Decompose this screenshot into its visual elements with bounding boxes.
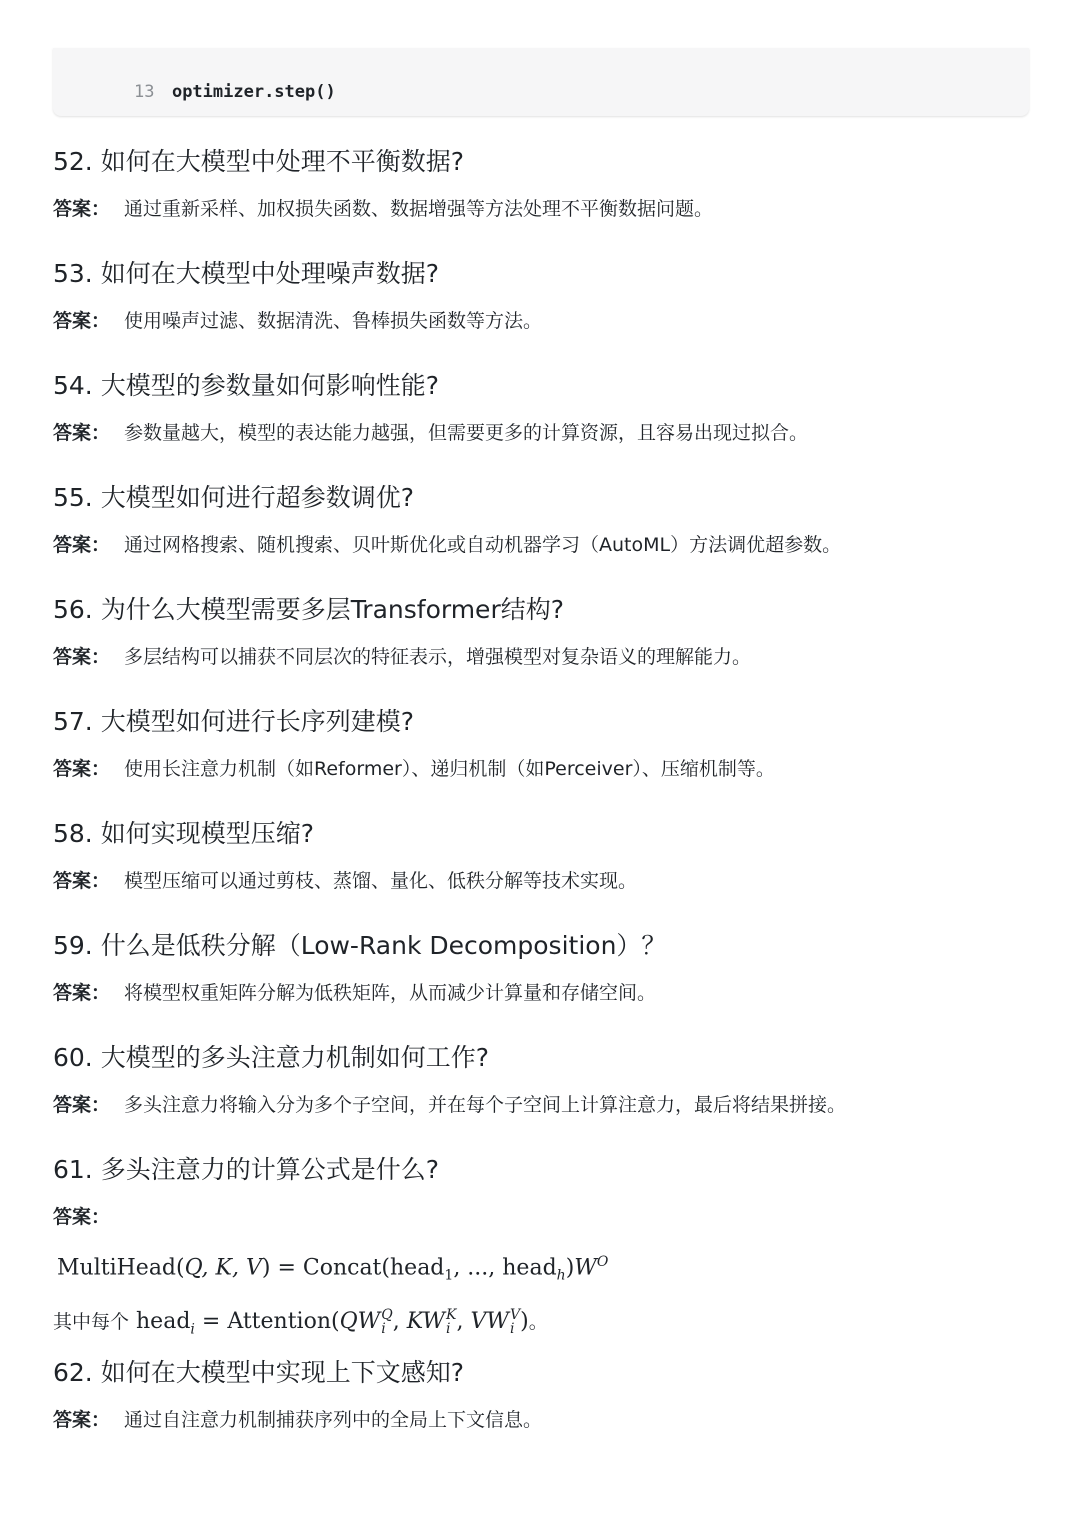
answer-label: 答案： [53, 1094, 110, 1116]
answer-text: 通过重新采样、加权损失函数、数据增强等方法处理不平衡数据问题。 [124, 198, 713, 220]
answer-text: 参数量越大，模型的表达能力越强，但需要更多的计算资源，且容易出现过拟合。 [124, 422, 808, 444]
answer-label: 答案： [53, 646, 110, 668]
answer-label: 答案： [53, 422, 110, 444]
answer: 答案：通过重新采样、加权损失函数、数据增强等方法处理不平衡数据问题。 [53, 195, 1033, 223]
answer-text: 使用噪声过滤、数据清洗、鲁棒损失函数等方法。 [124, 310, 542, 332]
answer: 答案：参数量越大，模型的表达能力越强，但需要更多的计算资源，且容易出现过拟合。 [53, 419, 1033, 447]
formula-head-definition: 其中每个 headi = Attention(QWQi, KWKi, VWVi)… [53, 1307, 1033, 1344]
answer-label: 答案： [53, 310, 110, 332]
answer-text: 通过自注意力机制捕获序列中的全局上下文信息。 [124, 1409, 542, 1431]
qa-item-53: 53. 如何在大模型中处理噪声数据? 答案：使用噪声过滤、数据清洗、鲁棒损失函数… [53, 257, 1033, 335]
question-title: 60. 大模型的多头注意力机制如何工作? [53, 1041, 1033, 1075]
answer-label: 答案： [53, 534, 110, 556]
question-title: 53. 如何在大模型中处理噪声数据? [53, 257, 1033, 291]
qa-item-55: 55. 大模型如何进行超参数调优? 答案：通过网格搜索、随机搜索、贝叶斯优化或自… [53, 481, 1033, 559]
question-title: 54. 大模型的参数量如何影响性能? [53, 369, 1033, 403]
question-title: 61. 多头注意力的计算公式是什么? [53, 1153, 1033, 1187]
answer: 答案：将模型权重矩阵分解为低秩矩阵，从而减少计算量和存储空间。 [53, 979, 1033, 1007]
question-title: 62. 如何在大模型中实现上下文感知? [53, 1356, 1033, 1390]
answer-label: 答案： [53, 1206, 110, 1228]
question-title: 56. 为什么大模型需要多层Transformer结构? [53, 593, 1033, 627]
answer-text: 通过网格搜索、随机搜索、贝叶斯优化或自动机器学习（AutoML）方法调优超参数。 [124, 534, 841, 556]
question-title: 55. 大模型如何进行超参数调优? [53, 481, 1033, 515]
answer-label: 答案： [53, 870, 110, 892]
answer: 答案：通过自注意力机制捕获序列中的全局上下文信息。 [53, 1406, 1033, 1434]
question-title: 57. 大模型如何进行长序列建模? [53, 705, 1033, 739]
qa-item-54: 54. 大模型的参数量如何影响性能? 答案：参数量越大，模型的表达能力越强，但需… [53, 369, 1033, 447]
answer-text: 多层结构可以捕获不同层次的特征表示，增强模型对复杂语义的理解能力。 [124, 646, 751, 668]
answer: 答案：使用长注意力机制（如Reformer）、递归机制（如Perceiver）、… [53, 755, 1033, 783]
answer: 答案：通过网格搜索、随机搜索、贝叶斯优化或自动机器学习（AutoML）方法调优超… [53, 531, 1033, 559]
qa-item-61: 61. 多头注意力的计算公式是什么? 答案： MultiHead(Q, K, V… [53, 1153, 1033, 1344]
qa-item-58: 58. 如何实现模型压缩? 答案：模型压缩可以通过剪枝、蒸馏、量化、低秩分解等技… [53, 817, 1033, 895]
qa-item-62: 62. 如何在大模型中实现上下文感知? 答案：通过自注意力机制捕获序列中的全局上… [53, 1356, 1033, 1434]
answer: 答案：多层结构可以捕获不同层次的特征表示，增强模型对复杂语义的理解能力。 [53, 643, 1033, 671]
answer-label: 答案： [53, 198, 110, 220]
qa-item-57: 57. 大模型如何进行长序列建模? 答案：使用长注意力机制（如Reformer）… [53, 705, 1033, 783]
answer: 答案：多头注意力将输入分为多个子空间，并在每个子空间上计算注意力，最后将结果拼接… [53, 1091, 1033, 1119]
answer-text: 多头注意力将输入分为多个子空间，并在每个子空间上计算注意力，最后将结果拼接。 [124, 1094, 846, 1116]
answer: 答案：模型压缩可以通过剪枝、蒸馏、量化、低秩分解等技术实现。 [53, 867, 1033, 895]
qa-item-56: 56. 为什么大模型需要多层Transformer结构? 答案：多层结构可以捕获… [53, 593, 1033, 671]
code-text: optimizer.step() [172, 82, 336, 102]
answer-text: 模型压缩可以通过剪枝、蒸馏、量化、低秩分解等技术实现。 [124, 870, 637, 892]
answer-label: 答案： [53, 758, 110, 780]
answer: 答案：使用噪声过滤、数据清洗、鲁棒损失函数等方法。 [53, 307, 1033, 335]
question-title: 58. 如何实现模型压缩? [53, 817, 1033, 851]
code-line: 13optimizer.step() [93, 56, 336, 128]
answer-label: 答案： [53, 982, 110, 1004]
formula-multihead: MultiHead(Q, K, V) = Concat(head1, ..., … [53, 1247, 1033, 1291]
qa-item-59: 59. 什么是低秩分解（Low-Rank Decomposition）？ 答案：… [53, 929, 1033, 1007]
question-title: 52. 如何在大模型中处理不平衡数据? [53, 145, 1033, 179]
answer-label: 答案： [53, 1409, 110, 1431]
qa-item-52: 52. 如何在大模型中处理不平衡数据? 答案：通过重新采样、加权损失函数、数据增… [53, 145, 1033, 223]
line-number: 13 [134, 80, 162, 104]
question-title: 59. 什么是低秩分解（Low-Rank Decomposition）？ [53, 929, 1033, 963]
code-block: 13optimizer.step() [53, 48, 1029, 116]
answer-text: 将模型权重矩阵分解为低秩矩阵，从而减少计算量和存储空间。 [124, 982, 656, 1004]
answer: 答案： [53, 1203, 1033, 1231]
answer-text: 使用长注意力机制（如Reformer）、递归机制（如Perceiver）、压缩机… [124, 758, 775, 780]
qa-item-60: 60. 大模型的多头注意力机制如何工作? 答案：多头注意力将输入分为多个子空间，… [53, 1041, 1033, 1119]
